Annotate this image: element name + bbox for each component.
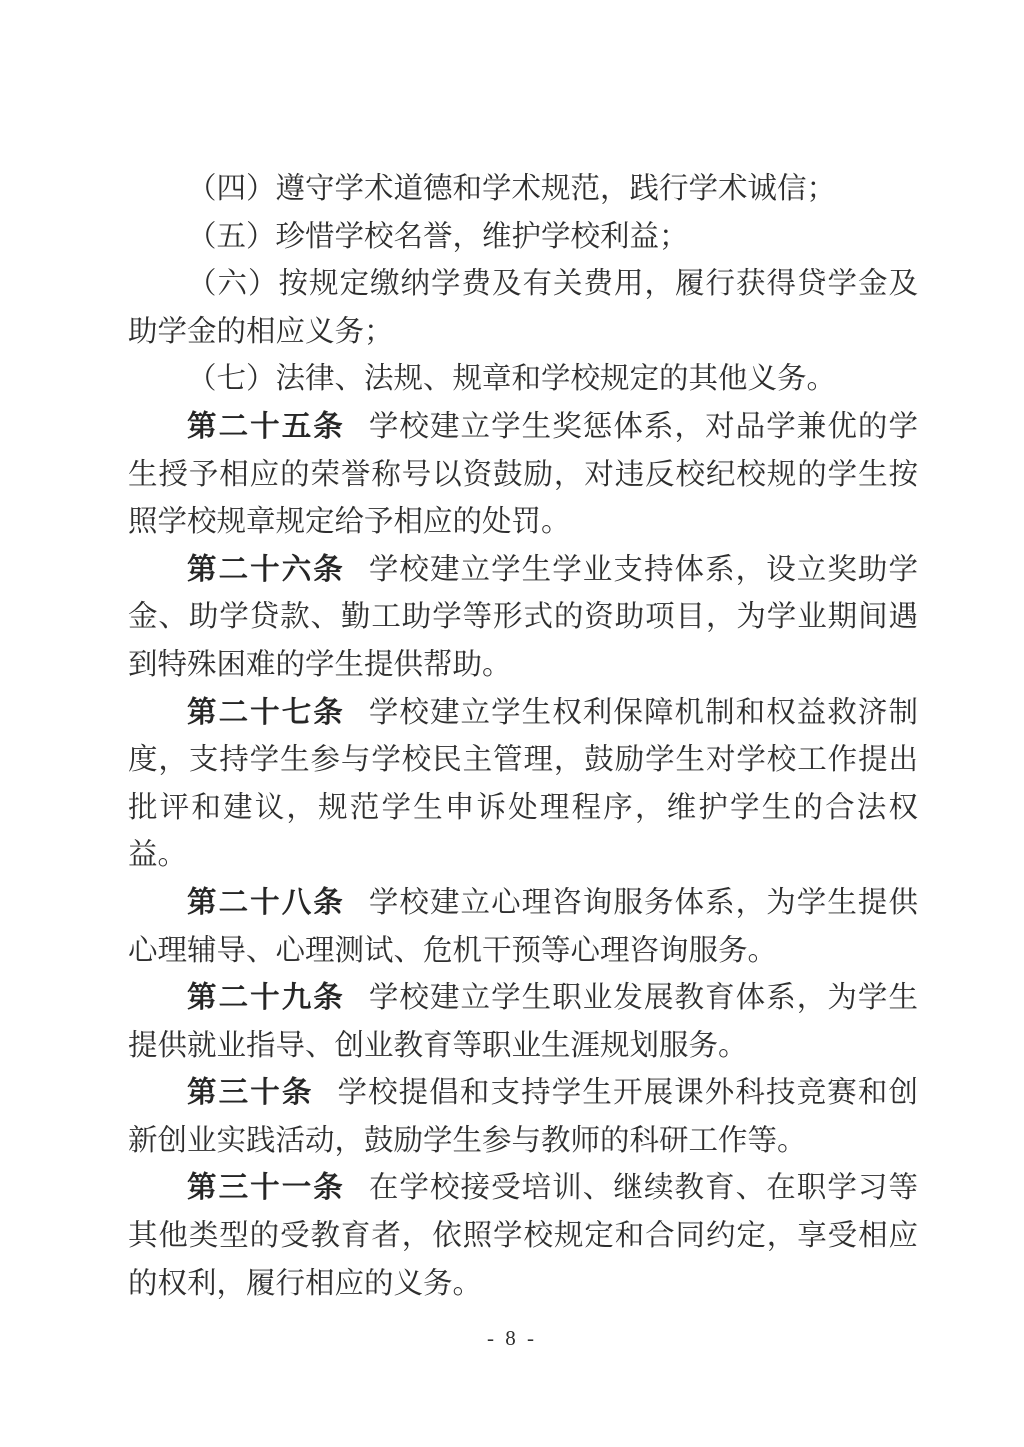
document-page: （四）遵守学术道德和学术规范，践行学术诚信； （五）珍惜学校名誉，维护学校利益；… [0, 0, 1024, 1447]
paragraph: 第二十五条学校建立学生奖惩体系，对品学兼优的学生授予相应的荣誉称号以资鼓励，对违… [128, 404, 918, 547]
article-number: 第三十一条 [187, 1172, 345, 1204]
paragraph: （五）珍惜学校名誉，维护学校利益； [128, 214, 918, 262]
paragraph: （四）遵守学术道德和学术规范，践行学术诚信； [128, 166, 918, 214]
paragraph-text: （四）遵守学术道德和学术规范，践行学术诚信； [187, 173, 836, 205]
paragraph-text: （六）按规定缴纳学费及有关费用，履行获得贷学金及助学金的相应义务； [128, 268, 918, 348]
paragraph: 第二十七条学校建立学生权利保障机制和权益救济制度，支持学生参与学校民主管理，鼓励… [128, 690, 918, 880]
paragraph: 第三十一条在学校接受培训、继续教育、在职学习等其他类型的受教育者，依照学校规定和… [128, 1165, 918, 1308]
paragraph: 第三十条学校提倡和支持学生开展课外科技竞赛和创新创业实践活动，鼓励学生参与教师的… [128, 1070, 918, 1165]
document-body: （四）遵守学术道德和学术规范，践行学术诚信； （五）珍惜学校名誉，维护学校利益；… [128, 166, 918, 1308]
paragraph-text: （五）珍惜学校名誉，维护学校利益； [187, 221, 689, 253]
paragraph: （六）按规定缴纳学费及有关费用，履行获得贷学金及助学金的相应义务； [128, 261, 918, 356]
paragraph: 第二十八条学校建立心理咨询服务体系，为学生提供心理辅导、心理测试、危机干预等心理… [128, 880, 918, 975]
article-number: 第二十九条 [187, 982, 345, 1014]
article-number: 第三十条 [187, 1077, 313, 1109]
article-number: 第二十八条 [187, 887, 345, 919]
paragraph-text: （七）法律、法规、规章和学校规定的其他义务。 [187, 363, 836, 395]
paragraph: 第二十六条学校建立学生学业支持体系，设立奖助学金、助学贷款、勤工助学等形式的资助… [128, 547, 918, 690]
article-number: 第二十七条 [187, 697, 345, 729]
article-number: 第二十五条 [187, 411, 345, 443]
page-number: - 8 - [0, 1326, 1024, 1351]
article-number: 第二十六条 [187, 554, 345, 586]
paragraph: 第二十九条学校建立学生职业发展教育体系，为学生提供就业指导、创业教育等职业生涯规… [128, 975, 918, 1070]
paragraph: （七）法律、法规、规章和学校规定的其他义务。 [128, 356, 918, 404]
